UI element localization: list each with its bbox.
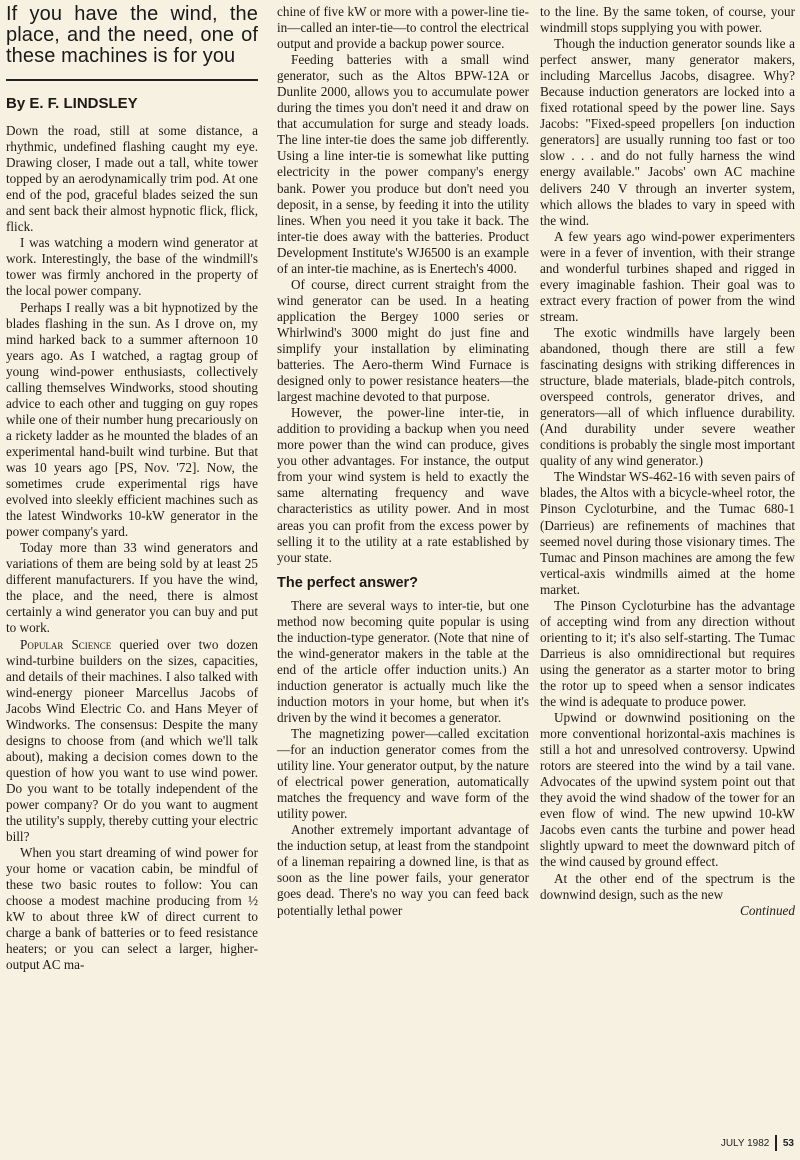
footer-divider [775, 1135, 777, 1151]
section-subhead: The perfect answer? [277, 574, 529, 592]
paragraph: There are several ways to inter-tie, but… [277, 598, 529, 726]
paragraph: When you start dreaming of wind power fo… [6, 845, 258, 973]
paragraph: Upwind or downwind positioning on the mo… [540, 710, 795, 870]
article-headline: If you have the wind, the place, and the… [6, 4, 258, 81]
paragraph: At the other end of the spectrum is the … [540, 871, 795, 903]
byline: By E. F. LINDSLEY [6, 95, 258, 113]
paragraph: Perhaps I really was a bit hypnotized by… [6, 300, 258, 541]
issue-date: JULY 1982 [721, 1138, 770, 1149]
paragraph: A few years ago wind-power experimenters… [540, 229, 795, 325]
paragraph: Feeding batteries with a small wind gene… [277, 52, 529, 277]
paragraph: The exotic windmills have largely been a… [540, 325, 795, 469]
paragraph: The Pinson Cycloturbine has the advantag… [540, 598, 795, 710]
column-2: chine of five kW or more with a power-li… [277, 4, 529, 919]
column-3: to the line. By the same token, of cours… [540, 4, 795, 919]
paragraph: Of course, direct current straight from … [277, 277, 529, 405]
publication-name: Popular Science [20, 637, 111, 652]
magazine-page: If you have the wind, the place, and the… [0, 0, 800, 1160]
paragraph: Though the induction generator sounds li… [540, 36, 795, 229]
paragraph: Popular Science queried over two dozen w… [6, 637, 258, 846]
paragraph: chine of five kW or more with a power-li… [277, 4, 529, 52]
paragraph: I was watching a modern wind generator a… [6, 235, 258, 299]
paragraph: to the line. By the same token, of cours… [540, 4, 795, 36]
column-1: If you have the wind, the place, and the… [6, 0, 258, 973]
page-footer: JULY 1982 53 [721, 1135, 794, 1151]
paragraph-text: queried over two dozen wind-turbine buil… [6, 637, 258, 845]
paragraph: The magnetizing power—called excitation—… [277, 726, 529, 822]
page-number: 53 [783, 1138, 794, 1149]
paragraph: Another extremely important advantage of… [277, 822, 529, 918]
paragraph: Today more than 33 wind generators and v… [6, 540, 258, 636]
paragraph: The Windstar WS-462-16 with seven pairs … [540, 469, 795, 597]
paragraph: Down the road, still at some distance, a… [6, 123, 258, 235]
continued-label: Continued [540, 903, 795, 919]
paragraph: However, the power-line inter-tie, in ad… [277, 405, 529, 565]
